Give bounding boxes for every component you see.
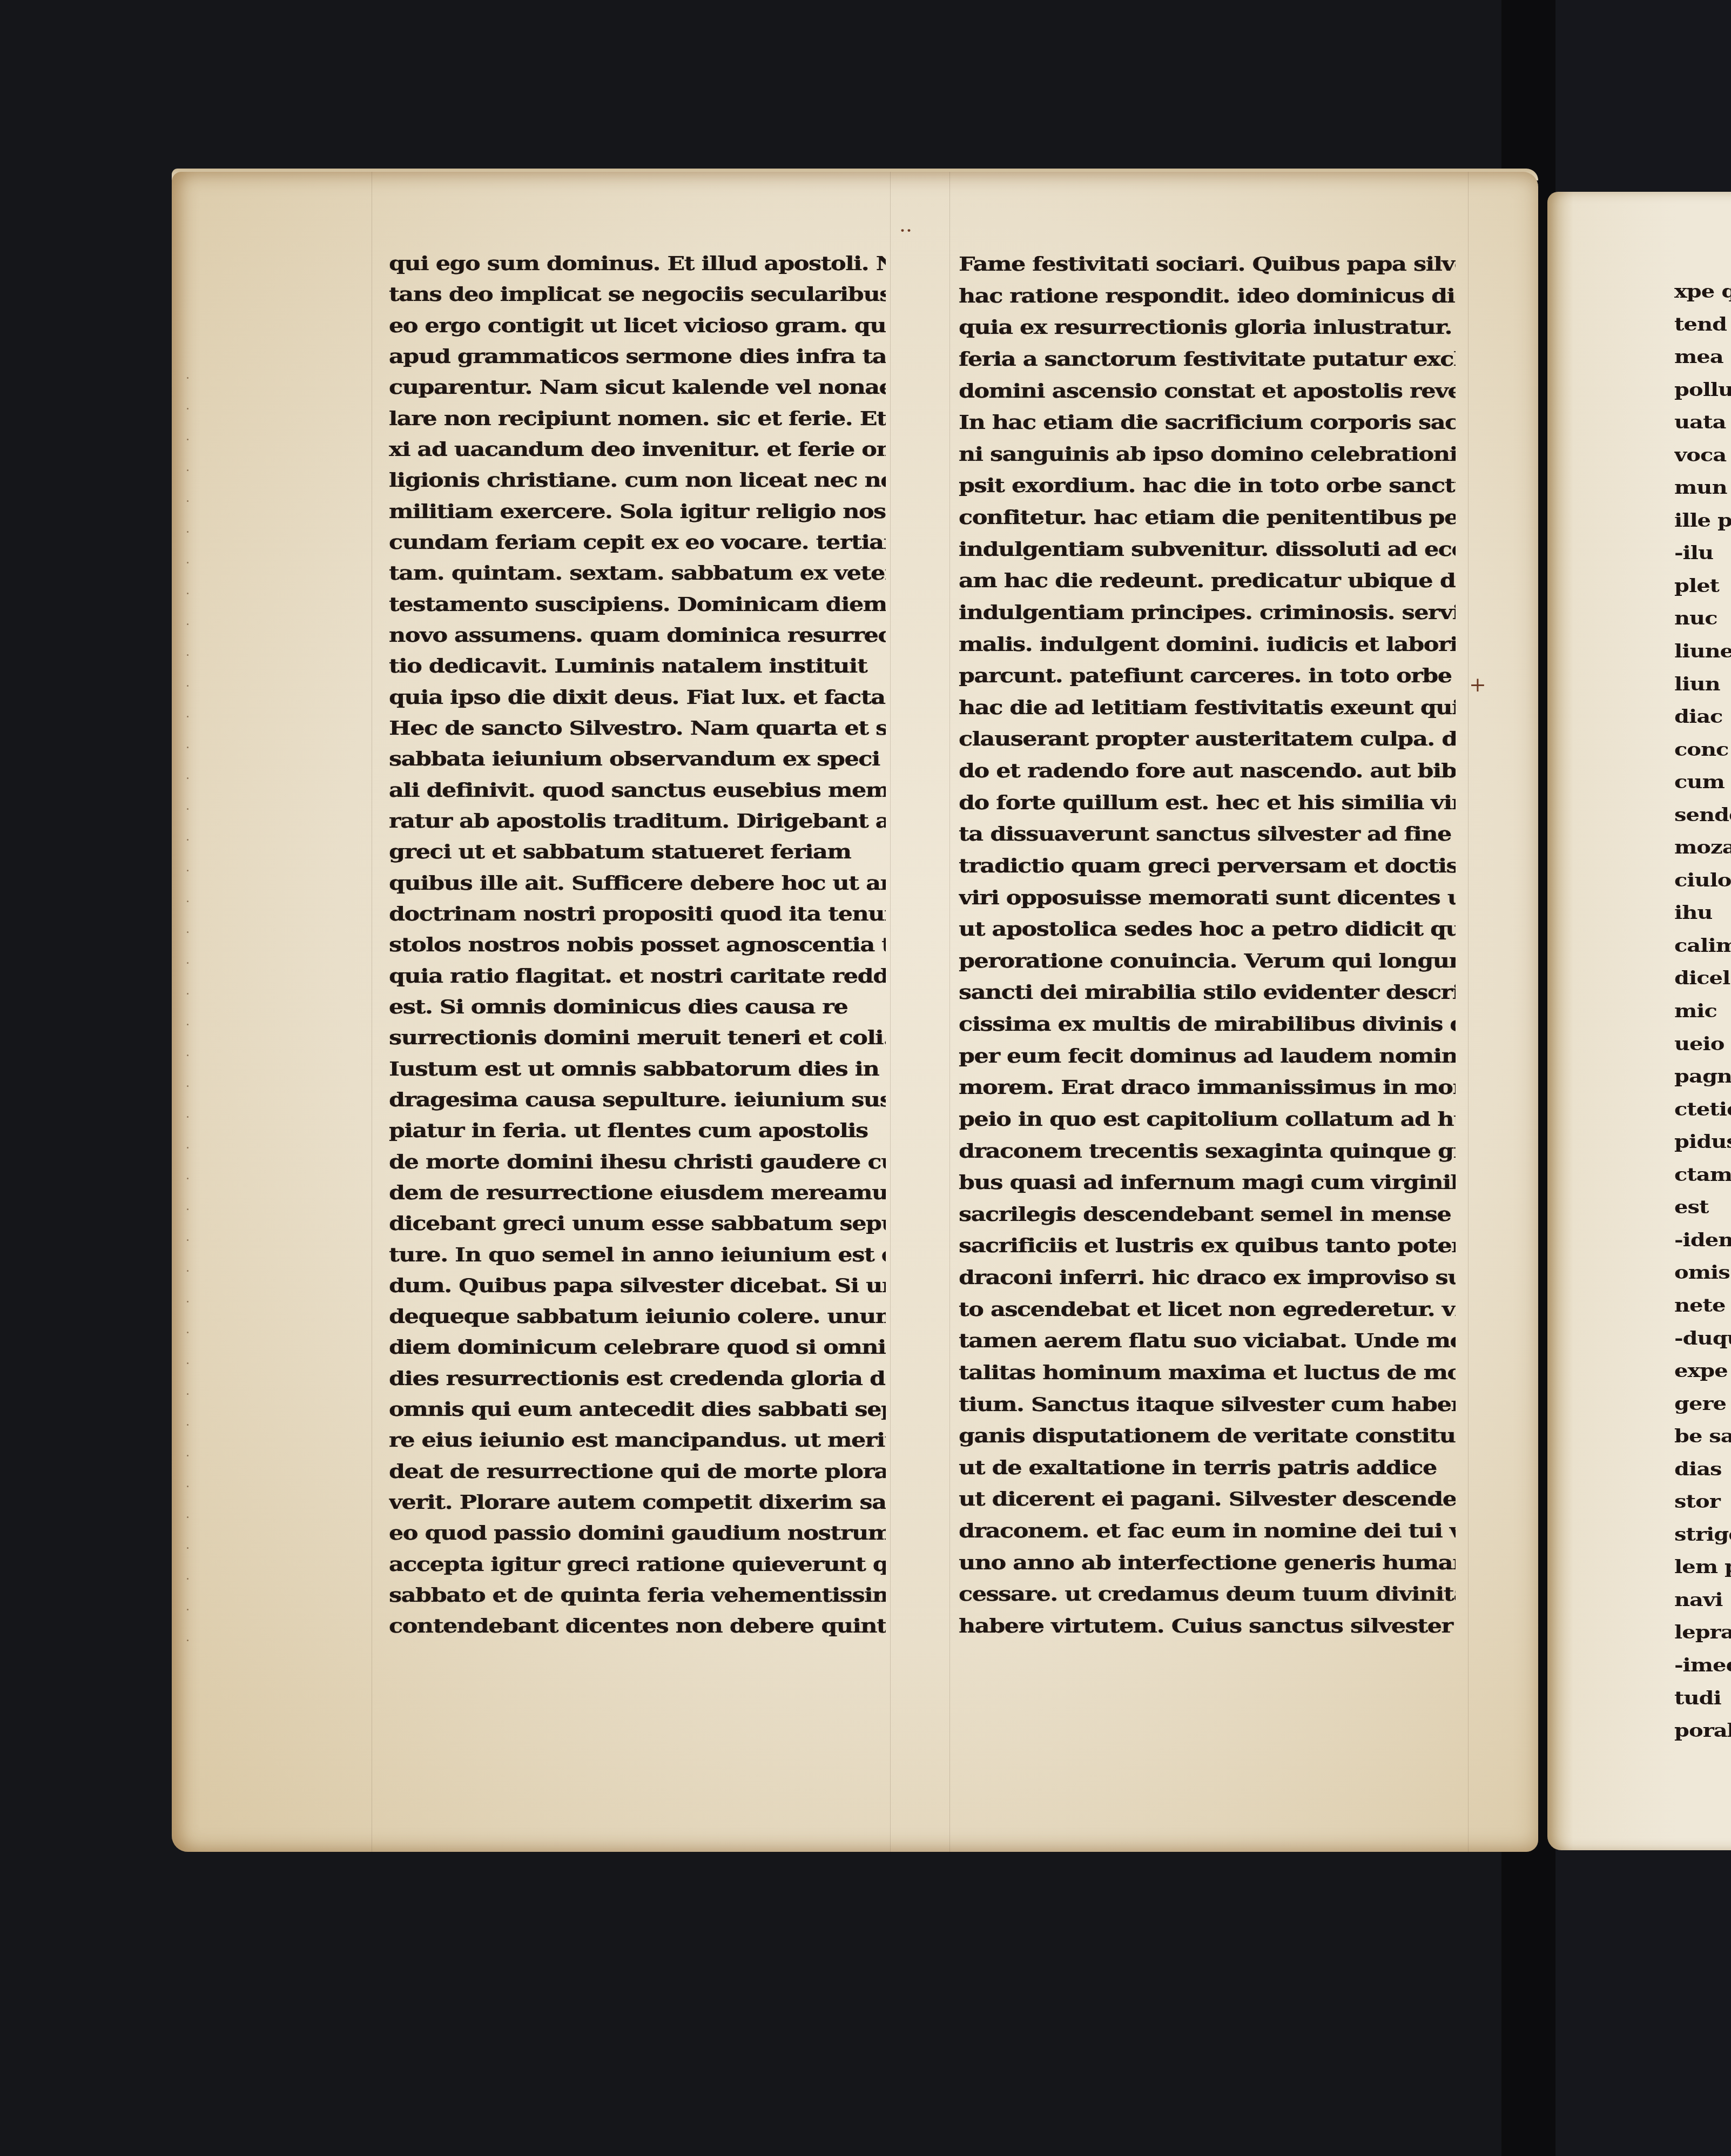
pricking-hole xyxy=(187,1301,188,1302)
manuscript-line: diem dominicum celebrare quod si omnis d… xyxy=(389,1335,886,1361)
manuscript-line: ture. In quo semel in anno ieiunium est … xyxy=(389,1242,886,1268)
manuscript-line: mic xyxy=(1674,998,1731,1025)
manuscript-line: omnis qui eum antecedit dies sabbati sep… xyxy=(389,1397,886,1422)
pricking-hole xyxy=(187,1116,188,1118)
manuscript-line: doctrinam nostri propositi quod ita tenu… xyxy=(389,902,886,927)
manuscript-line: conc xyxy=(1674,737,1731,764)
manuscript-line: contendebant dicentes non debere quintam… xyxy=(389,1614,886,1640)
manuscript-line: am hac die redeunt. predicatur ubique da… xyxy=(959,568,1456,594)
manuscript-line: mea xyxy=(1674,344,1731,371)
pricking-hole xyxy=(187,1424,188,1426)
pricking-hole xyxy=(187,1024,188,1025)
manuscript-line: quia ex resurrectionis gloria inlustratu… xyxy=(959,315,1456,341)
pricking-hole xyxy=(187,901,188,902)
manuscript-line: navi xyxy=(1674,1587,1731,1614)
manuscript-line: ciulo xyxy=(1674,868,1731,895)
manuscript-line: xpe q xyxy=(1674,279,1731,306)
manuscript-line: uno anno ab interfectione generis humani xyxy=(959,1550,1456,1576)
text-column-right: Fame festivitati sociari. Quibus papa si… xyxy=(959,246,1456,1640)
manuscript-line: ni sanguinis ab ipso domino celebrationi… xyxy=(959,441,1456,467)
manuscript-line: deat de resurrectione qui de morte plora xyxy=(389,1459,886,1485)
pricking-hole xyxy=(187,439,188,440)
pricking-hole xyxy=(187,408,188,409)
manuscript-line: accepta igitur greci ratione quieverunt … xyxy=(389,1552,886,1577)
manuscript-line: -idem xyxy=(1674,1227,1731,1254)
manuscript-line: uata xyxy=(1674,409,1731,436)
manuscript-line: tio dedicavit. Luminis natalem instituit xyxy=(389,654,886,680)
manuscript-line: feria a sanctorum festivitate putatur ex… xyxy=(959,346,1456,372)
manuscript-line: ctetie xyxy=(1674,1097,1731,1124)
manuscript-line: quia ipso die dixit deus. Fiat lux. et f… xyxy=(389,685,886,710)
manuscript-line: cum xyxy=(1674,769,1731,796)
manuscript-line: porab xyxy=(1674,1718,1731,1745)
manuscript-line: dequeque sabbatum ieiunio colere. unum i… xyxy=(389,1304,886,1329)
pricking-hole xyxy=(187,1147,188,1148)
pricking-hole xyxy=(187,777,188,779)
manuscript-line: psit exordium. hac die in toto orbe sanc… xyxy=(959,473,1456,499)
manuscript-line: ille p xyxy=(1674,508,1731,535)
pricking-hole xyxy=(187,1578,188,1580)
manuscript-line: sacrificiis et lustris ex quibus tanto p… xyxy=(959,1233,1456,1259)
ruling-line-left-inner xyxy=(890,172,891,1852)
manuscript-line: to ascendebat et licet non egrederetur. … xyxy=(959,1297,1456,1322)
manuscript-line: cuparentur. Nam sicut kalende vel nonae … xyxy=(389,375,886,401)
manuscript-line: sabbata ieiunium observandum ex speci xyxy=(389,747,886,773)
manuscript-line: ta dissuaverunt sanctus silvester ad fin… xyxy=(959,822,1456,848)
manuscript-line: lare non recipiunt nomen. sic et ferie. … xyxy=(389,406,886,432)
manuscript-line: confitetur. hac etiam die penitentibus p… xyxy=(959,505,1456,531)
manuscript-line: tend xyxy=(1674,311,1731,338)
manuscript-line: nete xyxy=(1674,1293,1731,1320)
pricking-hole xyxy=(187,1085,188,1087)
pricking-hole xyxy=(187,993,188,995)
manuscript-line: quibus ille ait. Sufficere debere hoc ut… xyxy=(389,871,886,896)
pricking-hole xyxy=(187,1208,188,1210)
manuscript-line: draconem trecentis sexaginta quinque gra… xyxy=(959,1138,1456,1164)
manuscript-line: stor xyxy=(1674,1489,1731,1516)
manuscript-line: de morte domini ihesu christi gaudere cu… xyxy=(389,1150,886,1175)
pricking-hole xyxy=(187,1270,188,1272)
text-column-left: qui ego sum dominus. Et illud apostoli. … xyxy=(389,246,886,1640)
pricking-hole xyxy=(187,531,188,533)
manuscript-line: Fame festivitati sociari. Quibus papa si… xyxy=(959,252,1456,278)
manuscript-line: -ilu xyxy=(1674,540,1731,567)
manuscript-line: pagn xyxy=(1674,1064,1731,1091)
pricking-hole xyxy=(187,808,188,810)
pricking-hole xyxy=(187,839,188,841)
pricking-hole xyxy=(187,377,188,379)
manuscript-line: militiam exercere. Sola igitur religio n… xyxy=(389,499,886,525)
manuscript-line: pollu xyxy=(1674,377,1731,404)
manuscript-line: diac xyxy=(1674,704,1731,731)
manuscript-line: plet xyxy=(1674,573,1731,600)
manuscript-line: Iustum est ut omnis sabbatorum dies in q… xyxy=(389,1057,886,1082)
manuscript-line: hac ratione respondit. ideo dominicus di… xyxy=(959,283,1456,309)
manuscript-line: ali definivit. quod sanctus eusebius mem… xyxy=(389,778,886,803)
pricking-hole xyxy=(187,747,188,748)
pricking-hole xyxy=(187,870,188,871)
manuscript-line: tamen aerem flatu suo viciabat. Unde mor xyxy=(959,1328,1456,1354)
manuscript-line: cundam feriam cepit ex eo vocare. tertia… xyxy=(389,530,886,555)
manuscript-line: do forte quillum est. hec et his similia… xyxy=(959,790,1456,816)
manuscript-line: draconem. et fac eum in nomine dei tui v… xyxy=(959,1519,1456,1544)
manuscript-line: tam. quintam. sextam. sabbatum ex veteri xyxy=(389,561,886,587)
pricking-hole xyxy=(187,593,188,594)
manuscript-line: tium. Sanctus itaque silvester cum haber… xyxy=(959,1392,1456,1418)
manuscript-line: Hec de sancto Silvestro. Nam quarta et s… xyxy=(389,716,886,741)
manuscript-line: lem p xyxy=(1674,1554,1731,1581)
manuscript-line: malis. indulgent domini. iudicis et labo… xyxy=(959,632,1456,657)
ruling-line-right-outer xyxy=(949,172,950,1852)
manuscript-line: indulgentiam subvenitur. dissoluti ad ec… xyxy=(959,536,1456,562)
manuscript-line: viri opposuisse memorati sunt dicentes u… xyxy=(959,885,1456,911)
manuscript-line: pidus xyxy=(1674,1129,1731,1156)
manuscript-line: sacrilegis descendebant semel in mense c… xyxy=(959,1201,1456,1227)
manuscript-line: xi ad uacandum deo invenitur. et ferie o… xyxy=(389,437,886,462)
manuscript-line: nuc xyxy=(1674,606,1731,633)
manuscript-line: hac die ad letitiam festivitatis exeunt … xyxy=(959,695,1456,721)
manuscript-line: habere virtutem. Cuius sanctus silvester… xyxy=(959,1613,1456,1639)
manuscript-line: novo assumens. quam dominica resurrec xyxy=(389,623,886,648)
manuscript-line: sende xyxy=(1674,802,1731,829)
manuscript-line: cessare. ut credamus deum tuum divinitat… xyxy=(959,1582,1456,1608)
pricking-hole xyxy=(187,962,188,964)
pricking-hole xyxy=(187,1609,188,1610)
manuscript-line: piatur in feria. ut flentes cum apostoli… xyxy=(389,1119,886,1144)
manuscript-line: mun xyxy=(1674,475,1731,502)
manuscript-line: -duqu xyxy=(1674,1325,1731,1352)
manuscript-line: surrectionis domini meruit teneri et col… xyxy=(389,1026,886,1051)
pricking-hole xyxy=(187,1516,188,1518)
manuscript-line: verit. Plorare autem competit dixerim sa… xyxy=(389,1490,886,1515)
manuscript-line: ut dicerent ei pagani. Silvester descend… xyxy=(959,1487,1456,1513)
manuscript-line: lepra xyxy=(1674,1620,1731,1647)
manuscript-line: per eum fecit dominus ad laudem nominis … xyxy=(959,1043,1456,1069)
manuscript-line: bus quasi ad infernum magi cum virginibu… xyxy=(959,1170,1456,1196)
pricking-hole xyxy=(187,1486,188,1487)
pricking-hole xyxy=(187,1362,188,1364)
manuscript-line: clauserant propter austeritatem culpa. d… xyxy=(959,727,1456,753)
manuscript-line: quia ratio flagitat. et nostri caritate … xyxy=(389,964,886,989)
manuscript-line: sancti dei mirabilia stilo evidenter des… xyxy=(959,980,1456,1006)
manuscript-line: ligionis christiane. cum non liceat nec … xyxy=(389,468,886,494)
manuscript-line: talitas hominum maxima et luctus de mort… xyxy=(959,1360,1456,1386)
facing-page-text-fragments: xpe qtendmeapolluuatavocamunille p-ilupl… xyxy=(1674,273,1731,1745)
manuscript-line: ut apostolica sedes hoc a petro didicit … xyxy=(959,917,1456,943)
manuscript-line: dem de resurrectione eiusdem mereamur. E… xyxy=(389,1180,886,1206)
manuscript-line: omis xyxy=(1674,1260,1731,1287)
manuscript-line: do et radendo fore aut nascendo. aut bib… xyxy=(959,758,1456,784)
manuscript-line: ganis disputationem de veritate constitu… xyxy=(959,1423,1456,1449)
manuscript-line: dies resurrectionis est credenda gloria … xyxy=(389,1366,886,1392)
pricking-hole xyxy=(187,500,188,502)
manuscript-line: testamento suscipiens. Dominicam diem de xyxy=(389,592,886,617)
manuscript-line: eo ergo contigit ut licet vicioso gram. … xyxy=(389,313,886,339)
manuscript-line: apud grammaticos sermone dies infra tame… xyxy=(389,344,886,370)
manuscript-line: domini ascensio constat et apostolis rev… xyxy=(959,378,1456,404)
manuscript-line: indulgentiam principes. criminosis. serv… xyxy=(959,600,1456,626)
manuscript-line: eo quod passio domini gaudium nostrum si… xyxy=(389,1521,886,1547)
pricking-hole xyxy=(187,654,188,656)
manuscript-line: liun xyxy=(1674,671,1731,698)
pricking-hole xyxy=(187,1178,188,1179)
pricking-hole xyxy=(187,1640,188,1641)
pricking-hole xyxy=(187,469,188,471)
manuscript-line: ueio xyxy=(1674,1031,1731,1058)
manuscript-line: voca xyxy=(1674,442,1731,469)
pricking-hole xyxy=(187,1332,188,1333)
manuscript-line: dragesima causa sepulture. ieiunium susc… xyxy=(389,1087,886,1113)
manuscript-line: parcunt. patefiunt carceres. in toto orb… xyxy=(959,663,1456,689)
manuscript-line: calim xyxy=(1674,933,1731,960)
manuscript-line: morem. Erat draco immanissimus in monte … xyxy=(959,1075,1456,1101)
manuscript-line: tans deo implicat se negociis secularibu… xyxy=(389,283,886,308)
manuscript-line: tudi xyxy=(1674,1685,1731,1712)
pricking-hole xyxy=(187,1239,188,1241)
manuscript-line: peroratione conuincia. Verum qui longum … xyxy=(959,948,1456,974)
manuscript-line: tradictio quam greci perversam et doctis… xyxy=(959,853,1456,879)
manuscript-line: sabbato et de quinta feria vehementissim… xyxy=(389,1583,886,1608)
pricking-hole xyxy=(187,685,188,687)
manuscript-line: strige xyxy=(1674,1522,1731,1549)
pricking-hole xyxy=(187,1393,188,1395)
manuscript-line: In hac etiam die sacrificium corporis sa… xyxy=(959,410,1456,436)
pricking-hole xyxy=(187,1455,188,1456)
ruling-line-left-outer xyxy=(372,172,372,1852)
manuscript-line: moza xyxy=(1674,835,1731,862)
pricking-hole xyxy=(187,716,188,717)
manuscript-line: ratur ab apostolis traditum. Dirigebant … xyxy=(389,809,886,834)
margin-cross-mark: + xyxy=(1469,673,1486,696)
manuscript-line: peio in quo est capitolium collatum ad h… xyxy=(959,1106,1456,1132)
manuscript-line: dum. Quibus papa silvester dicebat. Si u… xyxy=(389,1273,886,1299)
manuscript-line: stolos nostros nobis posset agnoscentia … xyxy=(389,933,886,958)
manuscript-line: ut de exaltatione in terris patris addic… xyxy=(959,1455,1456,1481)
manuscript-line: -imed xyxy=(1674,1653,1731,1680)
manuscript-line: dicebant greci unum esse sabbatum sepul xyxy=(389,1211,886,1237)
pricking-hole xyxy=(187,931,188,933)
manuscript-line: ctam xyxy=(1674,1162,1731,1189)
manuscript-line: re eius ieiunio est mancipandus. ut meri… xyxy=(389,1428,886,1454)
manuscript-line: draconi inferri. hic draco ex improviso … xyxy=(959,1265,1456,1291)
ink-dots-mark: ·· xyxy=(899,219,912,243)
pricking-hole xyxy=(187,623,188,625)
manuscript-line: dicel. xyxy=(1674,965,1731,992)
manuscript-line: expe xyxy=(1674,1358,1731,1385)
manuscript-line: be sa xyxy=(1674,1423,1731,1450)
manuscript-line: est xyxy=(1674,1194,1731,1221)
manuscript-line: ihu xyxy=(1674,900,1731,927)
manuscript-line: dias xyxy=(1674,1456,1731,1483)
manuscript-line: qui ego sum dominus. Et illud apostoli. … xyxy=(389,251,886,277)
pricking-hole xyxy=(187,562,188,563)
manuscript-line: cissima ex multis de mirabilibus divinis… xyxy=(959,1012,1456,1038)
manuscript-line: liune xyxy=(1674,639,1731,666)
manuscript-line: gere xyxy=(1674,1391,1731,1418)
pricking-hole xyxy=(187,1547,188,1549)
manuscript-line: est. Si omnis dominicus dies causa re xyxy=(389,995,886,1020)
ruling-line-right-inner xyxy=(1468,172,1469,1852)
manuscript-line: greci ut et sabbatum statueret feriam xyxy=(389,840,886,865)
pricking-hole xyxy=(187,1055,188,1056)
